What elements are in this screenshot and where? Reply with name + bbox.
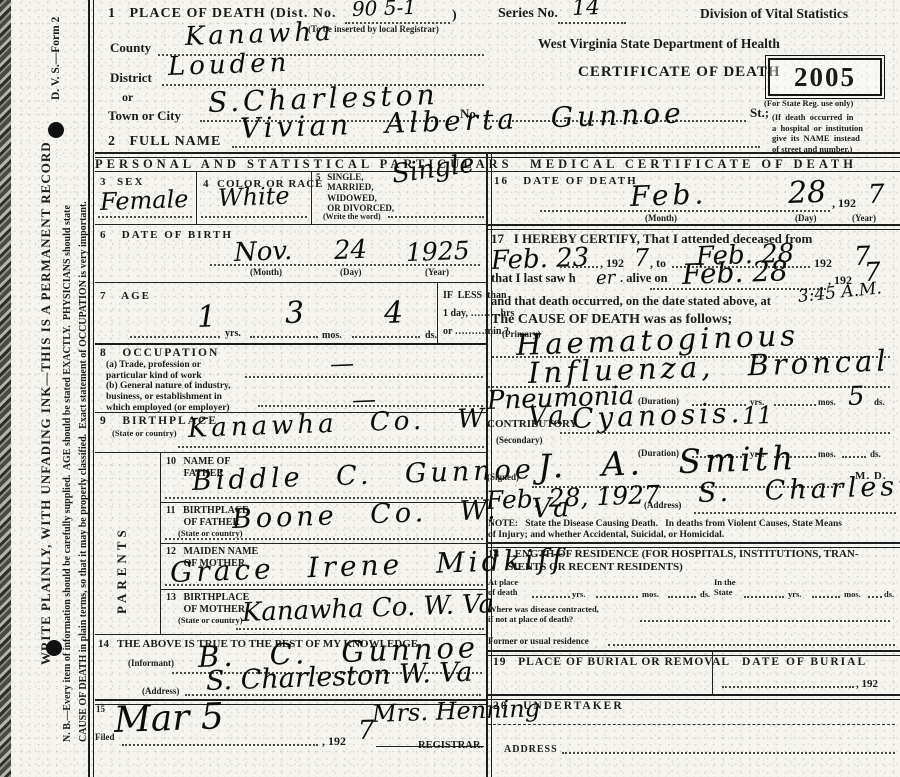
filed-item-number: 15 — [96, 704, 105, 715]
death-year-value: 7 — [867, 179, 885, 210]
dotted-line — [210, 264, 480, 266]
res-ds1-caption: ds. — [700, 589, 710, 599]
last-saw-post-text: . alive on — [620, 271, 668, 286]
length-of-residence-label: 18 LENGTH OF RESIDENCE (FOR HOSPITALS, I… — [488, 548, 859, 574]
dotted-line — [165, 584, 483, 586]
year-caption: (Year) — [852, 213, 876, 224]
note-text: NOTE: State the Disease Causing Death. I… — [488, 519, 842, 541]
age-years-value: 1 — [196, 299, 216, 335]
dotted-line — [744, 596, 784, 598]
last-saw-date: Feb. 28 — [681, 254, 788, 291]
dotted-line — [178, 446, 484, 448]
rule — [95, 224, 486, 225]
signed-date-value: Feb. 28, 1927 — [485, 480, 660, 516]
occupation-label: 8 OCCUPATION — [100, 347, 219, 361]
death-year-prefix: , 192 — [832, 196, 856, 210]
death-time-value: 3:45 A.M. — [797, 278, 883, 307]
county-value: Kanawha — [184, 17, 335, 53]
signed-caption: (Signed) — [487, 472, 519, 483]
margin-permanent-record-text: WRITE PLAINLY, WITH UNFADING INK—THIS IS… — [38, 141, 54, 665]
rule — [487, 542, 900, 548]
district-number-value: 90 5-1 — [352, 0, 417, 22]
dotted-line — [250, 336, 318, 338]
dotted-line — [201, 216, 307, 218]
occupation-a-value: — — [330, 349, 355, 378]
informant-address-label: (Address) — [142, 686, 179, 697]
sex-value: Female — [100, 185, 189, 216]
series-no-label: Series No. — [498, 6, 558, 23]
dotted-line — [232, 146, 760, 148]
or-label: or — [122, 90, 133, 104]
dotted-line — [560, 266, 598, 268]
date-of-birth-label: 6 DATE OF BIRTH — [100, 229, 233, 242]
dotted-line — [122, 744, 318, 746]
yrs-caption: yrs. — [225, 328, 241, 340]
dotted-line — [668, 596, 696, 598]
duration2-ds-caption: ds. — [870, 449, 881, 460]
rule — [487, 171, 900, 172]
rule — [487, 650, 900, 656]
death-certificate-scan: D. V. S.—Form 2 WRITE PLAINLY, WITH UNFA… — [0, 0, 900, 777]
year-caption: (Year) — [425, 267, 449, 278]
hospital-note: (If death occurred in a hospital or inst… — [772, 112, 863, 155]
medical-section-title: MEDICAL CERTIFICATE OF DEATH — [487, 157, 900, 172]
rule — [311, 171, 312, 224]
ink-blot — [46, 640, 62, 656]
age-label: 7 AGE — [100, 290, 151, 303]
former-residence-label: Former or usual residence — [488, 636, 589, 647]
birth-year-value: 1925 — [405, 236, 470, 268]
dotted-line — [558, 22, 626, 24]
paren-close: ) — [452, 8, 457, 25]
county-label: County — [110, 40, 151, 55]
dotted-line — [694, 512, 896, 514]
district-label: District — [110, 70, 152, 85]
dotted-line — [388, 216, 484, 218]
month-caption: (Month) — [250, 267, 282, 278]
page-edge-hatching — [0, 0, 11, 777]
form-left-border — [88, 0, 94, 777]
dotted-line — [868, 596, 882, 598]
mos-caption: mos. — [322, 330, 342, 342]
dotted-line — [185, 694, 481, 696]
death-month-value: Feb. — [629, 177, 707, 213]
department-title: West Virginia State Department of Health — [538, 36, 780, 52]
dotted-line — [842, 456, 866, 458]
ink-blot — [48, 122, 64, 138]
dotted-line — [812, 596, 840, 598]
rule — [437, 282, 438, 343]
ds-caption: ds. — [425, 330, 437, 342]
duration-mos-caption: mos. — [818, 397, 836, 408]
place-of-burial-label: 19 PLACE OF BURIAL OR REMOVAL — [493, 656, 730, 670]
dotted-line — [98, 216, 192, 218]
month-caption: (Month) — [645, 213, 677, 224]
registrar-label: REGISTRAR. — [418, 740, 483, 752]
occupation-a-label: (a) Trade, profession or particular kind… — [106, 360, 202, 382]
filed-label: Filed — [95, 732, 115, 743]
duration-ds-caption: ds. — [874, 397, 885, 408]
dotted-line — [560, 432, 890, 434]
st-label: St.; — [750, 105, 769, 120]
certificate-title: CERTIFICATE OF DEATH — [578, 64, 781, 82]
dashed-line — [488, 724, 895, 725]
dotted-line — [540, 210, 830, 212]
burial-year-prefix: , 192 — [856, 678, 878, 691]
state-registration-number-box: 2005 — [768, 58, 882, 96]
day-caption: (Day) — [795, 213, 817, 224]
rule — [487, 224, 900, 230]
age-months-value: 3 — [284, 295, 304, 331]
occupation-b-label: (b) General nature of industry, business… — [106, 381, 231, 415]
marital-write-word-note: (Write the word) — [323, 212, 381, 221]
death-occurred-text: and that death occurred, on the date sta… — [491, 294, 771, 309]
rule — [196, 171, 197, 224]
color-or-race-value: White — [218, 182, 291, 213]
dotted-line — [532, 596, 570, 598]
full-name-label: 2 FULL NAME — [108, 134, 221, 151]
parents-label: PARENTS — [114, 526, 130, 614]
last-saw-pre-text: that I last saw h — [491, 271, 576, 286]
dotted-line — [352, 336, 420, 338]
day-caption: (Day) — [340, 267, 362, 278]
to-label: , to — [650, 256, 666, 270]
filed-date-value: Mar 5 — [113, 696, 224, 742]
margin-note-line1: N. B.—Every item of information should b… — [62, 205, 73, 742]
contributory-extra-value: 11 — [742, 401, 774, 430]
death-day-value: 28 — [787, 175, 826, 212]
contributory-label: CONTRIBUTORY — [487, 418, 577, 431]
rule — [95, 452, 486, 453]
state-reg-note: (For State Reg. use only) — [764, 98, 853, 108]
disease-contracted-label: Where was disease contracted, if not at … — [488, 604, 599, 624]
dotted-line — [245, 376, 483, 378]
division-title: Division of Vital Statistics — [700, 6, 848, 22]
date-of-burial-label: DATE OF BURIAL — [742, 656, 867, 670]
dotted-line — [722, 686, 854, 688]
dotted-line — [130, 336, 220, 338]
last-saw-pronoun: er — [596, 267, 616, 289]
marital-status-label: 5 SINGLE, MARRIED, WIDOWED, OR DIVORCED, — [316, 172, 394, 213]
series-no-value: 14 — [572, 0, 601, 22]
birth-day-value: 24 — [333, 235, 367, 267]
rule — [95, 343, 486, 345]
dotted-line — [608, 644, 895, 646]
in-the-state-label: In the State — [714, 577, 736, 597]
filed-year-prefix: , 192 — [322, 734, 346, 748]
rule — [160, 543, 487, 544]
res-mos2-caption: mos. — [844, 589, 861, 599]
rule — [487, 694, 900, 700]
mother-birthplace-note: (State or country) — [178, 615, 243, 625]
informant-label: (Informant) — [128, 658, 174, 669]
at-place-of-death-label: At place of death — [488, 577, 518, 597]
rule — [712, 650, 713, 694]
secondary-caption: (Secondary) — [496, 435, 543, 446]
duration-days-value: 5 — [847, 381, 865, 412]
duration2-mos-caption: mos. — [818, 449, 836, 460]
dotted-line — [165, 538, 483, 540]
birthplace-note: (State or country) — [112, 428, 177, 438]
res-mos1-caption: mos. — [642, 589, 659, 599]
dotted-line — [640, 620, 890, 622]
mother-birthplace-value: Kanawha Co. W. Va — [241, 589, 494, 628]
district-value: Louden — [167, 48, 290, 83]
undertaker-address-label: ADDRESS — [504, 744, 558, 756]
undertaker-label: 20 UNDERTAKER — [493, 700, 624, 714]
contributory-value: Cyanosis. — [571, 396, 743, 435]
rule — [160, 589, 487, 590]
margin-form-number: D. V. S.—Form 2 — [50, 17, 62, 100]
town-or-city-label: Town or City — [108, 108, 181, 123]
dotted-line — [562, 752, 895, 754]
date-of-death-label: 16 DATE OF DEATH — [494, 175, 638, 188]
dotted-line — [236, 628, 484, 630]
rule — [95, 282, 486, 283]
res-yrs1-caption: yrs. — [572, 589, 585, 599]
state-registration-number: 2005 — [794, 62, 856, 93]
from-year-value: 7 — [634, 243, 650, 272]
to-year-prefix: 192 — [814, 256, 832, 270]
dotted-line — [774, 404, 816, 406]
dotted-line — [596, 596, 638, 598]
mother-birthplace-label: 13 BIRTHPLACE OF MOTHER — [166, 592, 249, 616]
age-days-value: 4 — [383, 295, 403, 331]
signed-address-caption: (Address) — [644, 500, 681, 511]
father-name-value: Biddle C. Gunnoe — [191, 454, 535, 498]
res-yrs2-caption: yrs. — [788, 589, 801, 599]
res-ds2-caption: ds. — [884, 589, 894, 599]
